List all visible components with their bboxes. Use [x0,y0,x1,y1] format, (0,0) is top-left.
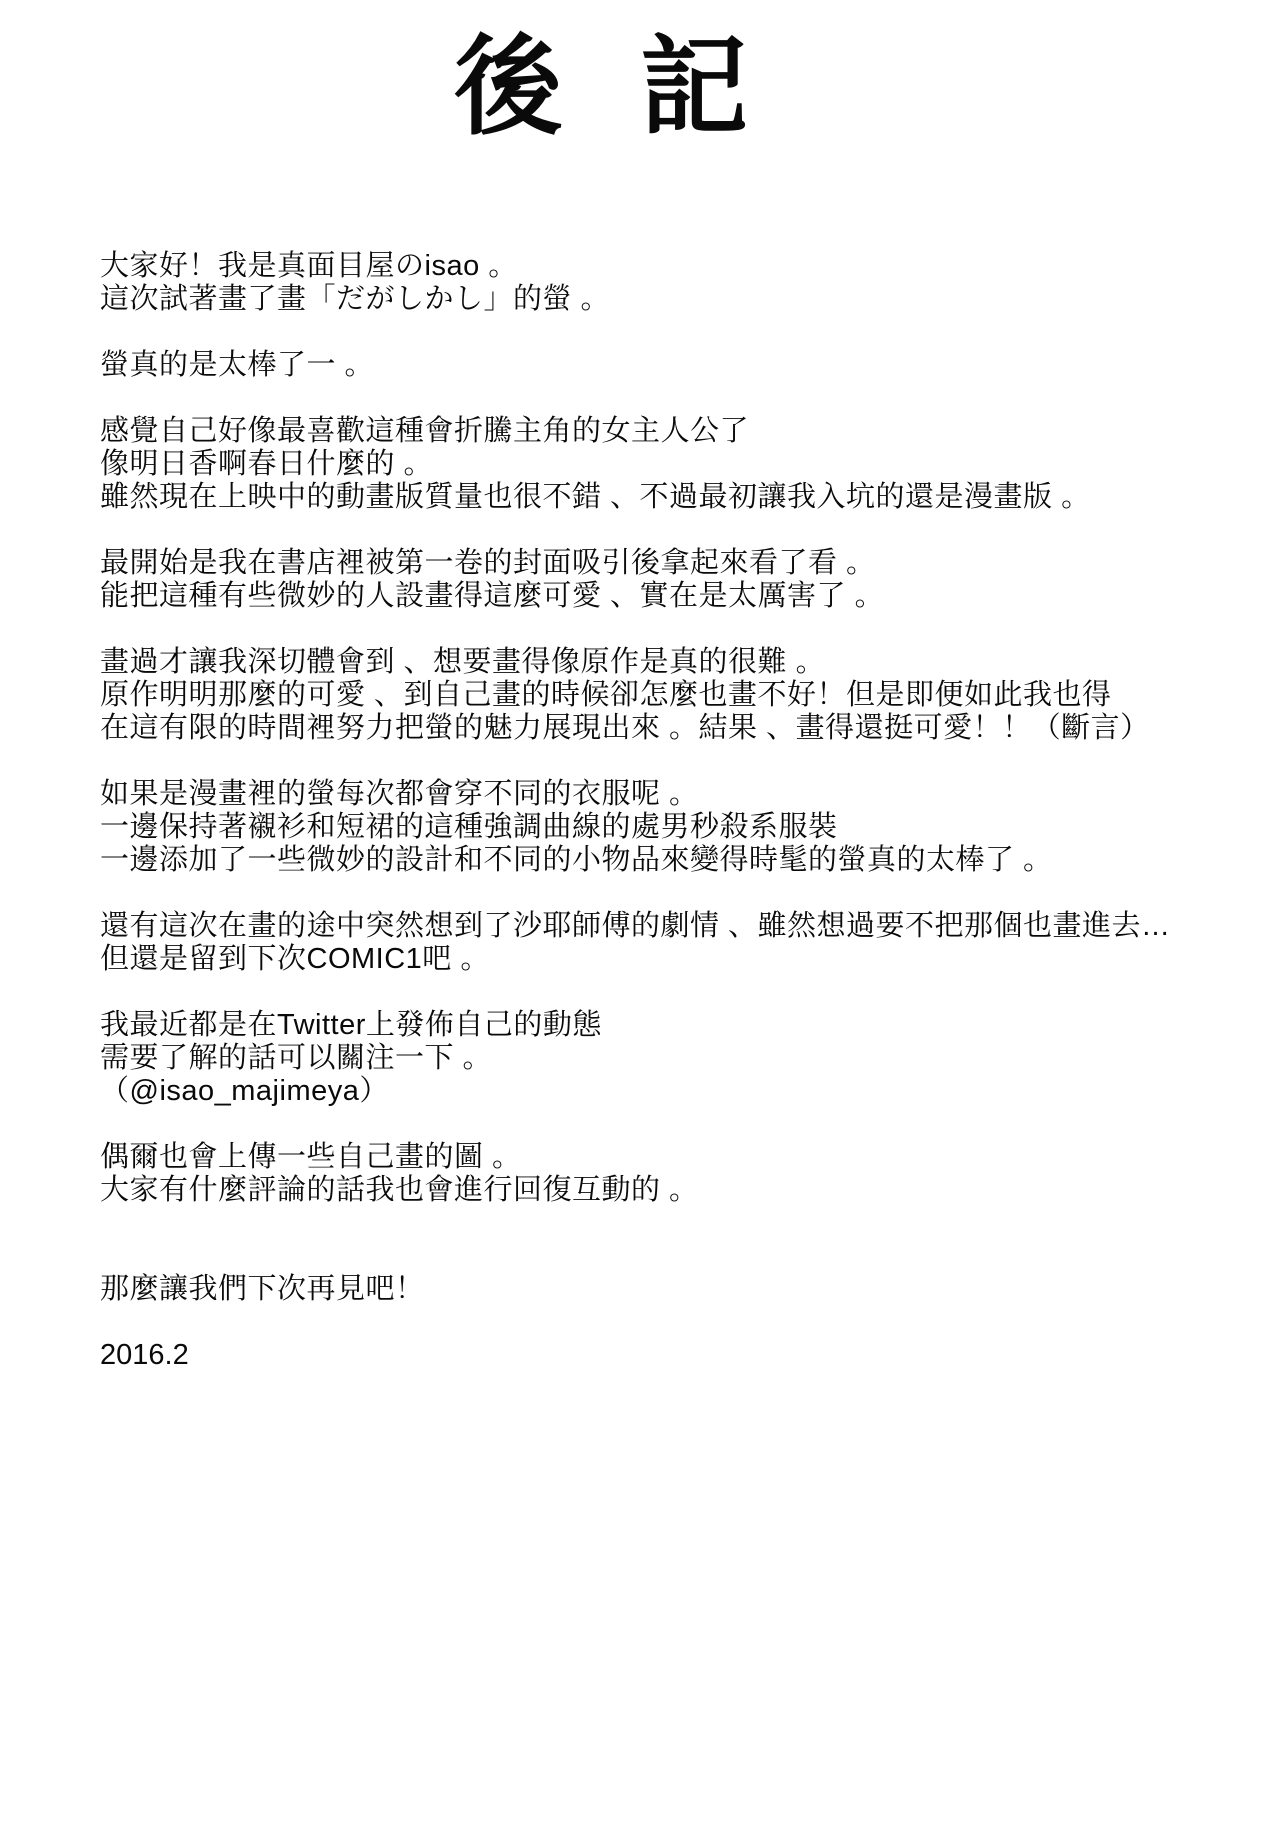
text-line: 一邊保持著襯衫和短裙的這種強調曲線的處男秒殺系服裝 [100,811,1220,844]
afterword-page: 後記 大家好！我是真面目屋のisao 。 這次試著畫了畫「だがしかし」的螢 。 … [0,0,1280,1824]
paragraph-outfits: 如果是漫畫裡的螢每次都會穿不同的衣服呢 。 一邊保持著襯衫和短裙的這種強調曲線的… [100,778,1220,877]
paragraph-greeting: 大家好！我是真面目屋のisao 。 這次試著畫了畫「だがしかし」的螢 。 [100,250,1220,316]
text-line: 但還是留到下次COMIC1吧 。 [100,943,1220,976]
text-line: 一邊添加了一些微妙的設計和不同的小物品來變得時髦的螢真的太棒了 。 [100,844,1220,877]
paragraph-bookstore: 最開始是我在書店裡被第一卷的封面吸引後拿起來看了看 。 能把這種有些微妙的人設畫… [100,547,1220,613]
text-line: 這次試著畫了畫「だがしかし」的螢 。 [100,283,1220,316]
text-line: 畫過才讓我深切體會到 、想要畫得像原作是真的很難 。 [100,646,1220,679]
text-line: 感覺自己好像最喜歡這種會折騰主角的女主人公了 [100,415,1220,448]
text-line: 雖然現在上映中的動畫版質量也很不錯 、不過最初讓我入坑的還是漫畫版 。 [100,481,1220,514]
twitter-handle: （@isao_majimeya） [100,1075,1220,1108]
text-line: 還有這次在畫的途中突然想到了沙耶師傅的劇情 、雖然想過要不把那個也畫進去… [100,910,1220,943]
text-line: 能把這種有些微妙的人設畫得這麼可愛 、實在是太厲害了 。 [100,580,1220,613]
text-line: 需要了解的話可以關注一下 。 [100,1042,1220,1075]
text-line: 偶爾也會上傳一些自己畫的圖 。 [100,1141,1220,1174]
text-line: 那麼讓我們下次再見吧！ [100,1273,1220,1306]
paragraph-uploads: 偶爾也會上傳一些自己畫的圖 。 大家有什麼評論的話我也會進行回復互動的 。 [100,1141,1220,1207]
text-line: 大家有什麼評論的話我也會進行回復互動的 。 [100,1174,1220,1207]
text-line: 大家好！我是真面目屋のisao 。 [100,250,1220,283]
text-line: 如果是漫畫裡的螢每次都會穿不同的衣服呢 。 [100,778,1220,811]
paragraph-farewell: 那麼讓我們下次再見吧！ [100,1273,1220,1306]
text-line: 像明日香啊春日什麼的 。 [100,448,1220,481]
paragraph-hotaru-praise: 螢真的是太棒了一 。 [100,349,1220,382]
afterword-body: 大家好！我是真面目屋のisao 。 這次試著畫了畫「だがしかし」的螢 。 螢真的… [0,250,1280,1306]
paragraph-drawing-difficulty: 畫過才讓我深切體會到 、想要畫得像原作是真的很難 。 原作明明那麼的可愛 、到自… [100,646,1220,745]
paragraph-heroine-type: 感覺自己好像最喜歡這種會折騰主角的女主人公了 像明日香啊春日什麼的 。 雖然現在… [100,415,1220,514]
paragraph-saya-comic1: 還有這次在畫的途中突然想到了沙耶師傅的劇情 、雖然想過要不把那個也畫進去… 但還… [100,910,1220,976]
text-line: 在這有限的時間裡努力把螢的魅力展現出來 。結果 、畫得還挺可愛！！（斷言） [100,712,1220,745]
text-line: 螢真的是太棒了一 。 [100,349,1220,382]
page-title: 後記 [0,28,1280,150]
date: 2016.2 [0,1339,1280,1372]
text-line: 我最近都是在Twitter上發佈自己的動態 [100,1009,1220,1042]
text-line: 原作明明那麼的可愛 、到自己畫的時候卻怎麼也畫不好！但是即便如此我也得 [100,679,1220,712]
paragraph-twitter: 我最近都是在Twitter上發佈自己的動態 需要了解的話可以關注一下 。 （@i… [100,1009,1220,1108]
text-line: 最開始是我在書店裡被第一卷的封面吸引後拿起來看了看 。 [100,547,1220,580]
